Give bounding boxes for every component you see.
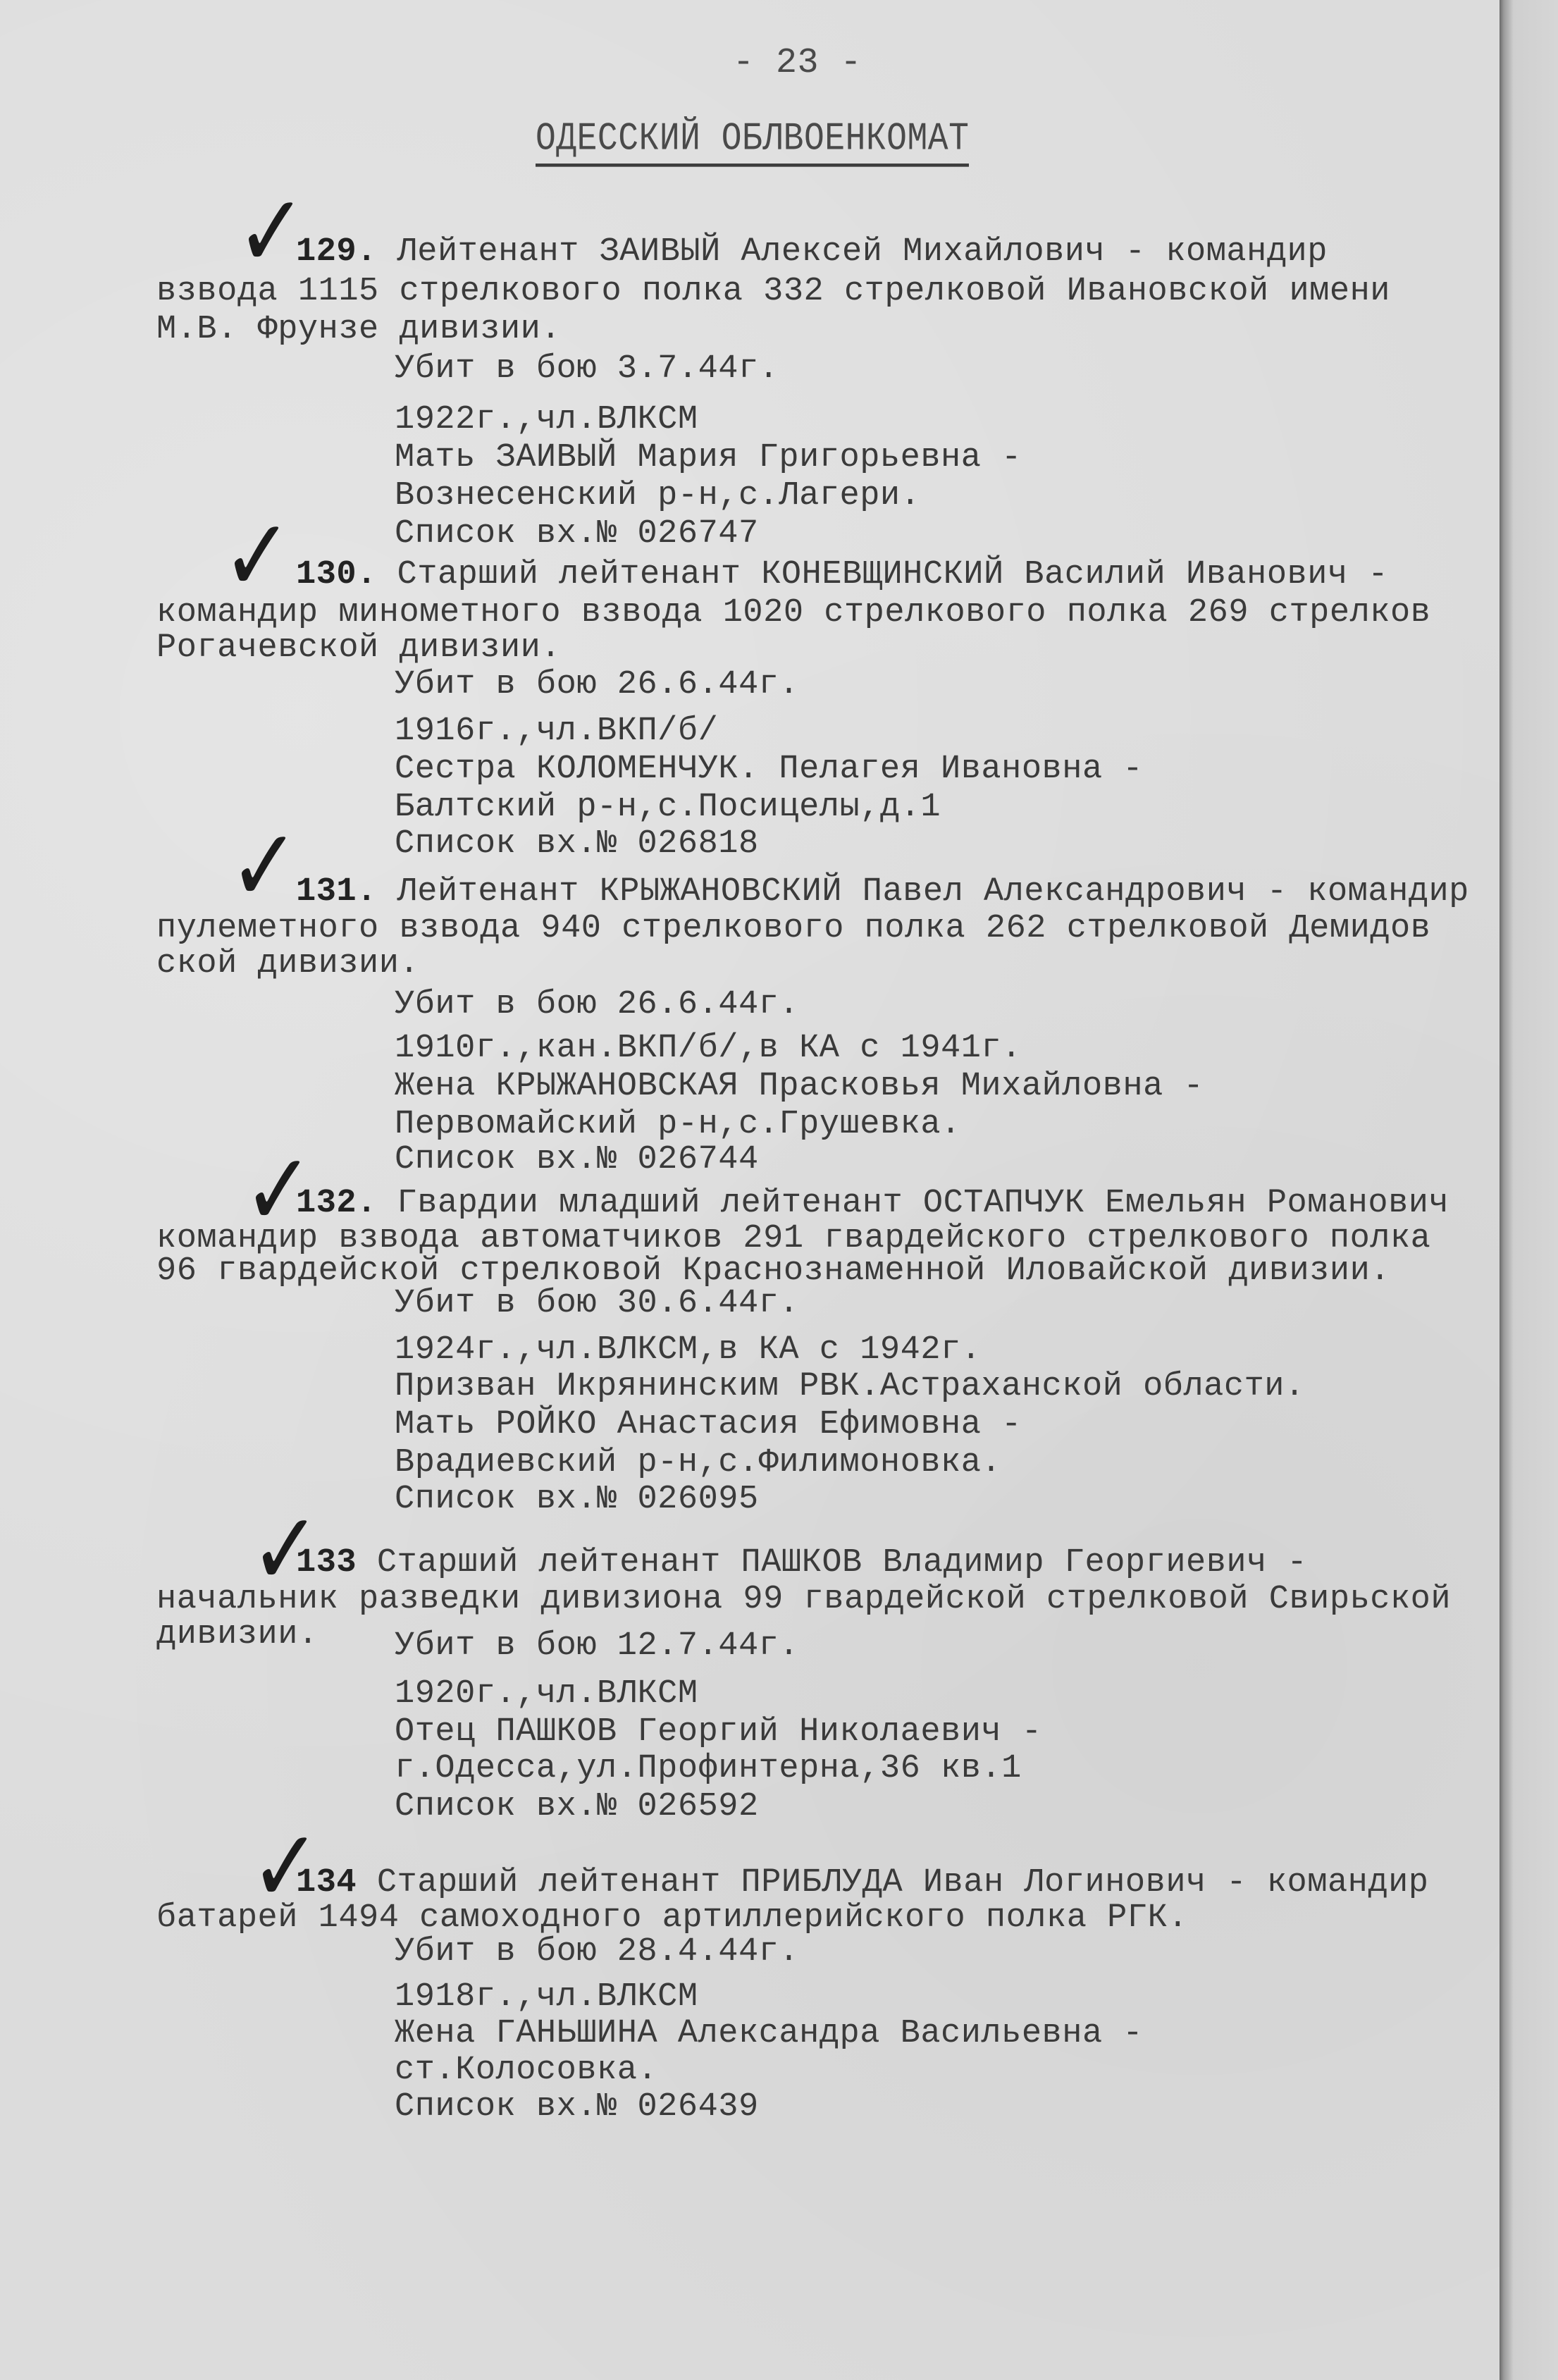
detail-line: Мать РОЙКО Анастасия Ефимовна -	[395, 1405, 1022, 1445]
detail-line: Врадиевский р-н,с.Филимоновка.	[395, 1443, 1001, 1483]
detail-line: ст.Колосовка.	[395, 2051, 657, 2090]
checkmark-icon: ✓	[229, 816, 300, 918]
detail-line: 1918г.,чл.ВЛКСМ	[395, 1978, 698, 2017]
entry-number: 132.	[296, 1185, 377, 1222]
entry-number: 134	[296, 1864, 357, 1901]
entry-header: 134 Старший лейтенант ПРИБЛУДА Иван Логи…	[296, 1863, 1428, 1903]
entry-header: 130. Старший лейтенант КОНЕВЩИНСКИЙ Васи…	[296, 555, 1388, 595]
entry-body-line: пулеметного взвода 940 стрелкового полка…	[156, 909, 1430, 949]
detail-line: Сестра КОЛОМЕНЧУК. Пелагея Ивановна -	[395, 750, 1143, 789]
detail-line: Список вх.№ 026439	[395, 2088, 759, 2127]
killed-line: Убит в бою 30.6.44г.	[395, 1284, 799, 1324]
entry-number: 129.	[296, 233, 377, 271]
killed-line: Убит в бою 28.4.44г.	[395, 1932, 799, 1972]
entry-number: 130.	[296, 556, 377, 593]
detail-line: Список вх.№ 026747	[395, 514, 759, 554]
entry-body-line: взвода 1115 стрелкового полка 332 стрелк…	[156, 272, 1390, 312]
entry-body-line: начальник разведки дивизиона 99 гвардейс…	[156, 1580, 1451, 1620]
detail-line: Балтский р-н,с.Посицелы,д.1	[395, 788, 941, 827]
detail-line: Призван Икрянинским РВК.Астраханской обл…	[395, 1367, 1305, 1407]
detail-line: Список вх.№ 026744	[395, 1140, 759, 1180]
entry-header-text: Старший лейтенант КОНЕВЩИНСКИЙ Василий И…	[397, 556, 1389, 593]
entry-number: 131.	[296, 873, 377, 911]
entry-header-text: Лейтенант ЗАИВЫЙ Алексей Михайлович - ко…	[397, 233, 1328, 271]
detail-line: 1916г.,чл.ВКП/б/	[395, 712, 718, 751]
killed-line: Убит в бою 26.6.44г.	[395, 985, 799, 1025]
entry-header-text: Гвардии младший лейтенант ОСТАПЧУК Емель…	[397, 1185, 1449, 1222]
page-edge-shadow	[1500, 0, 1558, 2380]
checkmark-icon: ✓	[222, 506, 293, 608]
detail-line: 1924г.,чл.ВЛКСМ,в КА с 1942г.	[395, 1331, 981, 1370]
detail-line: Список вх.№ 026818	[395, 825, 759, 864]
entry-body-line: Рогачевской дивизии.	[156, 629, 561, 668]
entry-body-line: командир минометного взвода 1020 стрелко…	[156, 593, 1430, 633]
entry-header: 131. Лейтенант КРЫЖАНОВСКИЙ Павел Алекса…	[296, 873, 1469, 912]
detail-line: Отец ПАШКОВ Георгий Николаевич -	[395, 1713, 1042, 1752]
page-number: - 23 -	[733, 44, 862, 83]
detail-line: Мать ЗАИВЫЙ Мария Григорьевна -	[395, 438, 1022, 478]
detail-line: Вознесенский р-н,с.Лагери.	[395, 476, 920, 516]
entry-header: 129. Лейтенант ЗАИВЫЙ Алексей Михайлович…	[296, 233, 1328, 272]
entry-header-text: Лейтенант КРЫЖАНОВСКИЙ Павел Александров…	[397, 873, 1469, 911]
killed-line: Убит в бою 12.7.44г.	[395, 1627, 799, 1666]
killed-line: Убит в бою 3.7.44г.	[395, 350, 779, 389]
entry-body-line: М.В. Фрунзе дивизии.	[156, 310, 561, 350]
entry-header: 133 Старший лейтенант ПАШКОВ Владимир Ге…	[296, 1543, 1307, 1583]
detail-line: г.Одесса,ул.Профинтерна,36 кв.1	[395, 1749, 1022, 1789]
detail-line: Жена ГАНЬШИНА Александра Васильевна -	[395, 2014, 1143, 2054]
entry-body-line: дивизии.	[156, 1615, 319, 1655]
killed-line: Убит в бою 26.6.44г.	[395, 665, 799, 705]
entry-body-line: ской дивизии.	[156, 944, 419, 984]
detail-line: Список вх.№ 026592	[395, 1787, 759, 1827]
detail-line: Список вх.№ 026095	[395, 1480, 759, 1519]
detail-line: 1910г.,кан.ВКП/б/,в КА с 1941г.	[395, 1029, 1022, 1068]
entry-header-text: Старший лейтенант ПРИБЛУДА Иван Логинови…	[377, 1864, 1429, 1901]
detail-line: Жена КРЫЖАНОВСКАЯ Прасковья Михайловна -	[395, 1067, 1204, 1106]
entry-header-text: Старший лейтенант ПАШКОВ Владимир Георги…	[377, 1544, 1307, 1581]
detail-line: 1922г.,чл.ВЛКСМ	[395, 400, 698, 440]
detail-line: Первомайский р-н,с.Грушевка.	[395, 1105, 961, 1145]
page-heading: ОДЕССКИЙ ОБЛВОЕНКОМАТ	[536, 116, 969, 166]
detail-line: 1920г.,чл.ВЛКСМ	[395, 1675, 698, 1714]
entry-header: 132. Гвардии младший лейтенант ОСТАПЧУК …	[296, 1184, 1449, 1223]
entry-number: 133	[296, 1544, 357, 1581]
